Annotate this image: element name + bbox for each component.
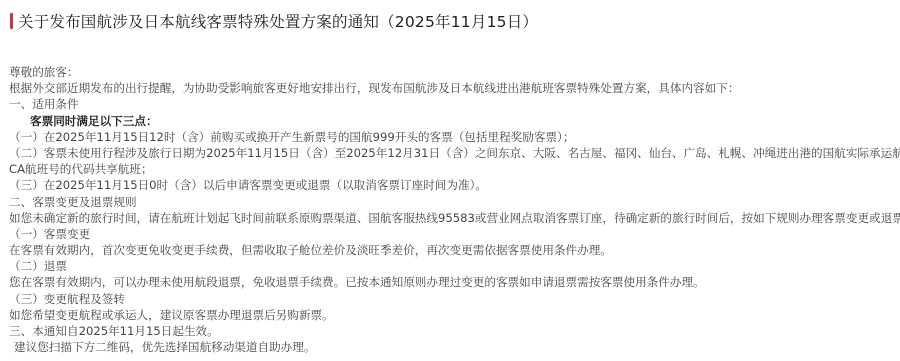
title-accent-bar <box>10 13 13 29</box>
section2-intro: 如您未确定新的旅行时间，请在航班计划起飞时间前联系原购票渠道、国航客服热线955… <box>9 210 894 226</box>
section1-heading: 一、适用条件 <box>9 96 894 112</box>
change-heading: （一）客票变更 <box>9 226 894 242</box>
condition-item-2: （二）客票未使用行程涉及旅行日期为2025年11月15日（含）至2025年12月… <box>9 145 894 161</box>
condition-item-3: （三）在2025年11月15日0时（含）以后申请客票变更或退票（以取消客票订座时… <box>9 177 894 193</box>
notice-title-row: 关于发布国航涉及日本航线客票特殊处置方案的通知（2025年11月15日） <box>10 10 538 32</box>
condition-item-2-continued: CA航班号的代码共享航班； <box>9 161 894 177</box>
refund-heading: （二）退票 <box>9 258 894 274</box>
change-text: 在客票有效期内，首次变更免收变更手续费，但需收取子舱位差价及淡旺季差价，再次变更… <box>9 242 894 258</box>
reroute-text: 如您希望变更航程或承运人，建议原客票办理退票后另购新票。 <box>9 307 894 323</box>
reroute-heading: （三）变更航程及签转 <box>9 291 894 307</box>
section3-heading: 三、本通知自2025年11月15日起生效。 <box>9 323 894 339</box>
notice-body: 尊敬的旅客： 根据外交部近期发布的出行提醒，为协助受影响旅客更好地安排出行，现发… <box>9 64 894 355</box>
section1-subheading: 客票同时满足以下三点： <box>9 113 894 129</box>
intro-paragraph: 根据外交部近期发布的出行提醒，为协助受影响旅客更好地安排出行，现发布国航涉及日本… <box>9 80 894 96</box>
greeting: 尊敬的旅客： <box>9 64 894 80</box>
refund-text: 您在客票有效期内，可以办理未使用航段退票，免收退票手续费。已按本通知原则办理过变… <box>9 274 894 290</box>
section2-heading: 二、客票变更及退票规则 <box>9 194 894 210</box>
closing-text: 建议您扫描下方二维码，优先选择国航移动渠道自助办理。 <box>9 339 894 355</box>
condition-item-1: （一）在2025年11月15日12时（含）前购买或换开产生新票号的国航999开头… <box>9 129 894 145</box>
notice-title: 关于发布国航涉及日本航线客票特殊处置方案的通知（2025年11月15日） <box>18 10 538 32</box>
